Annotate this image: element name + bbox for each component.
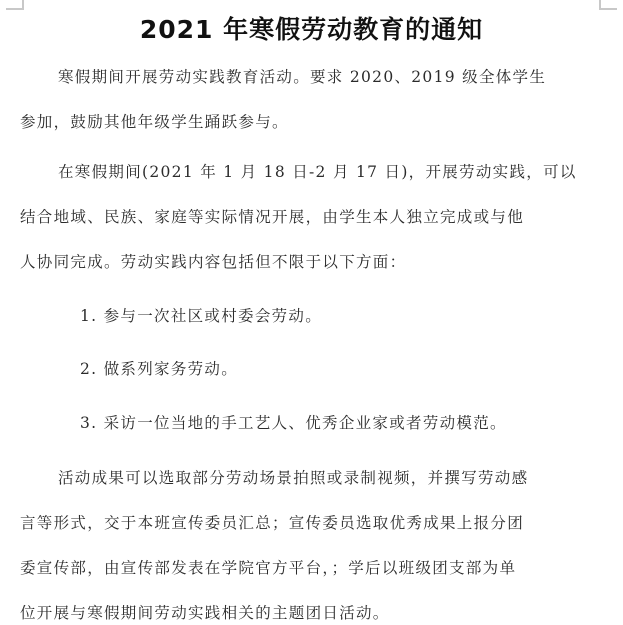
text-line: 活动成果可以选取部分劳动场景拍照或录制视频，并撰写劳动感	[58, 466, 528, 488]
crop-mark-top-right	[599, 0, 617, 10]
text-line: 委宣传部，由宣传部发表在学院官方平台，；学后以班级团支部为单	[20, 556, 516, 578]
list-item: 2. 做系列家务劳动。	[80, 357, 238, 379]
list-item: 3. 采访一位当地的手工艺人、优秀企业家或者劳动模范。	[80, 411, 507, 433]
document-title: 2021 年寒假劳动教育的通知	[0, 10, 623, 46]
crop-mark-top-left	[6, 0, 24, 10]
text-line: 在寒假期间(2021 年 1 月 18 日-2 月 17 日)，开展劳动实践，可…	[58, 160, 577, 182]
text-line: 寒假期间开展劳动实践教育活动。要求 2020、2019 级全体学生	[58, 65, 546, 87]
text-line: 言等形式，交于本班宣传委员汇总；宣传委员选取优秀成果上报分团	[20, 511, 524, 533]
text-line: 参加，鼓励其他年级学生踊跃参与。	[20, 110, 289, 132]
list-item: 1. 参与一次社区或村委会劳动。	[80, 304, 322, 326]
text-line: 位开展与寒假期间劳动实践相关的主题团日活动。	[20, 601, 390, 623]
text-line: 人协同完成。劳动实践内容包括但不限于以下方面：	[20, 250, 406, 272]
text-line: 结合地域、民族、家庭等实际情况开展，由学生本人独立完成或与他	[20, 205, 524, 227]
